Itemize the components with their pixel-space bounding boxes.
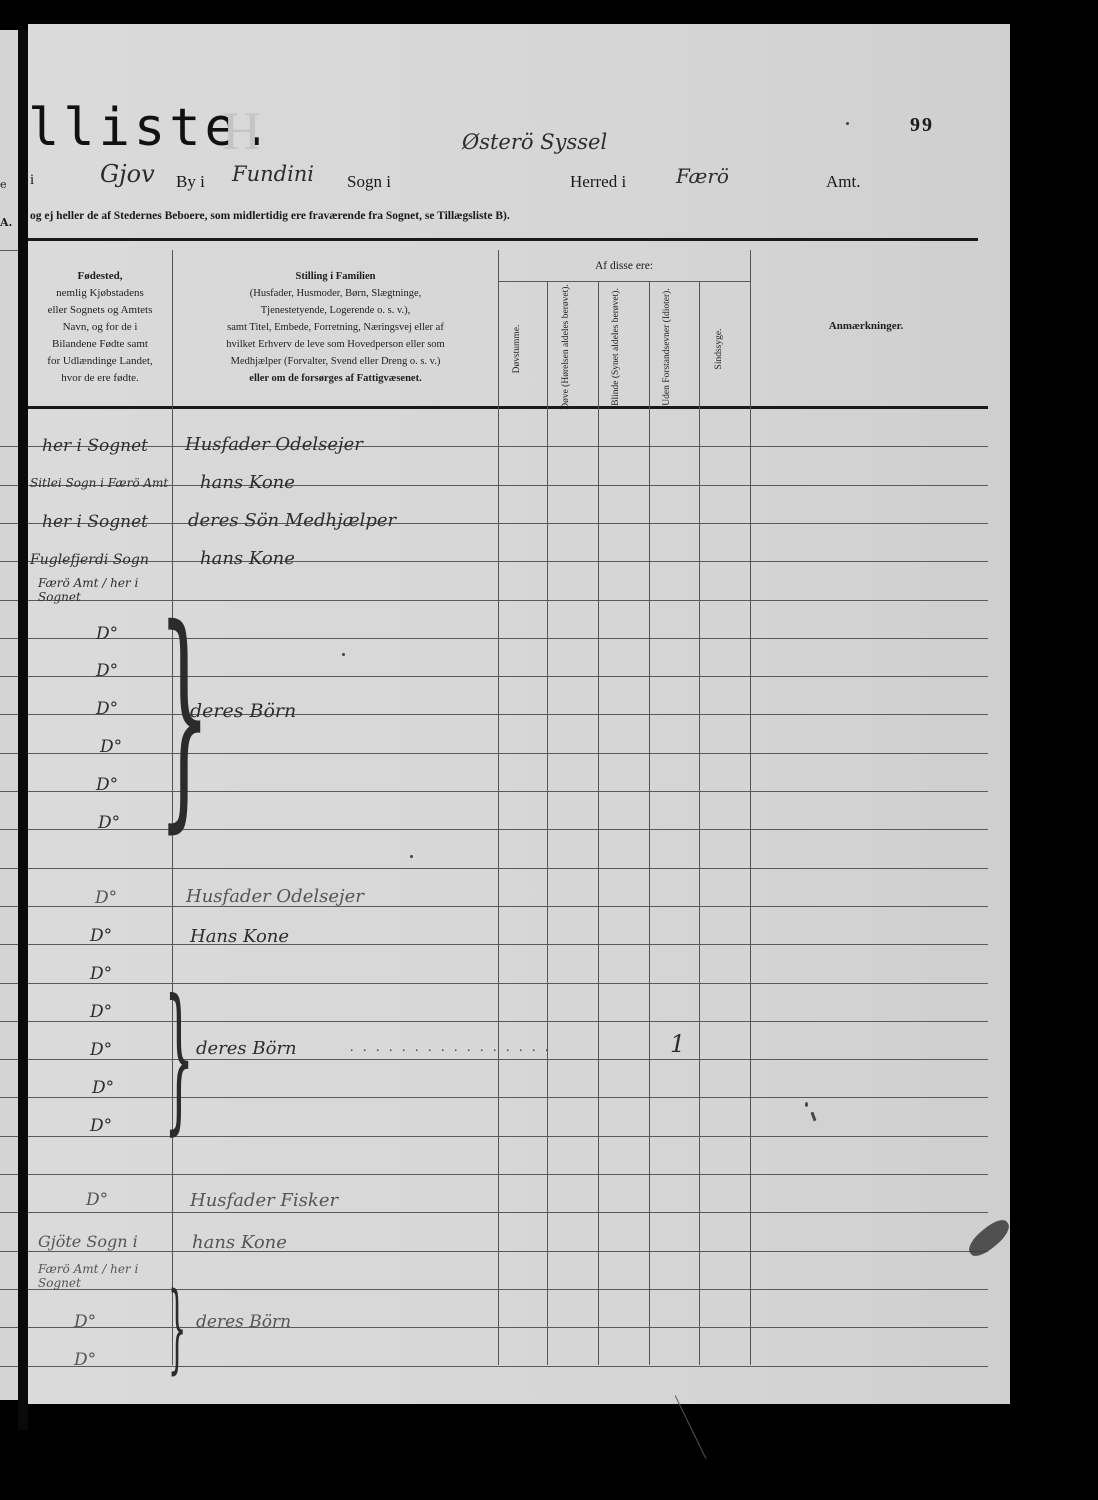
prev-page-line <box>0 250 18 251</box>
birthplace-header: Fødested, nemlig Kjøbstadens eller Sogne… <box>28 268 172 387</box>
column-divider <box>547 281 548 1365</box>
position-cell: Husfader Odelsejer <box>185 434 363 455</box>
column-divider <box>649 281 650 1365</box>
ditto-mark: D° <box>86 1190 108 1210</box>
column-divider <box>498 250 499 1365</box>
header-line: samt Titel, Embede, Forretning, Næringsv… <box>173 319 498 336</box>
col-header-deafmute: Døvstumme. <box>512 294 534 404</box>
ditto-mark: D° <box>90 1040 112 1060</box>
birthplace-cell: Færö Amt / her i Sognet <box>38 1262 168 1290</box>
prev-page-row-rule <box>0 1212 18 1213</box>
ditto-mark: D° <box>90 926 112 946</box>
af-disse-ere-header: Af disse ere: <box>498 258 750 275</box>
header-line: nemlig Kjøbstadens <box>28 285 172 302</box>
birthplace-cell: her i Sognet <box>42 512 148 532</box>
parish-name: Fundini <box>232 162 314 186</box>
prev-page-row-rule <box>0 1021 18 1022</box>
row-rule <box>28 1212 988 1213</box>
prev-page-row-rule <box>0 1251 18 1252</box>
ink-dot <box>410 855 413 858</box>
prev-page-row-rule <box>0 906 18 907</box>
prev-page-fragment: e <box>0 178 7 191</box>
ditto-mark: D° <box>74 1312 96 1332</box>
column-divider <box>598 281 599 1365</box>
ditto-mark: D° <box>92 1078 114 1098</box>
table-top-border <box>28 238 978 241</box>
header-line: eller Sognets og Amtets <box>28 302 172 319</box>
row-rule <box>28 868 988 869</box>
prev-page-row-rule <box>0 676 18 677</box>
row-rule <box>28 906 988 907</box>
row-rule <box>28 446 988 447</box>
ditto-mark: D° <box>96 661 118 681</box>
prev-page-row-rule <box>0 1289 18 1290</box>
prev-page-fragment: A. <box>0 216 12 229</box>
location-i: i <box>30 172 34 189</box>
ditto-mark: D° <box>90 1002 112 1022</box>
prev-page-row-rule <box>0 1366 18 1367</box>
remarks-header: Anmærkninger. <box>751 318 981 335</box>
grouping-brace: } <box>168 1278 186 1378</box>
ditto-mark: D° <box>96 775 118 795</box>
header-line: Tjenestetyende, Logerende o. s. v.), <box>173 302 498 319</box>
ditto-mark: D° <box>98 813 120 833</box>
ditto-mark: D° <box>90 1116 112 1136</box>
binding-gutter <box>18 30 28 1430</box>
position-header: Stilling i Familien (Husfader, Husmoder,… <box>173 268 498 387</box>
scan-border <box>1010 24 1098 1500</box>
bleed-through-letter: H <box>222 100 261 162</box>
header-line: hvilket Erhverv de leve som Hovedperson … <box>173 336 498 353</box>
col-header-insane: Sindssyge. <box>714 294 736 404</box>
birthplace-cell: her i Sognet <box>42 436 148 456</box>
prev-page-row-rule <box>0 829 18 830</box>
prev-page-row-rule <box>0 983 18 984</box>
grouping-brace: } <box>158 596 211 836</box>
town-name: Gjov <box>100 160 155 188</box>
row-rule <box>28 944 988 945</box>
ditto-mark: D° <box>100 737 122 757</box>
column-divider <box>699 281 700 1365</box>
prev-page-row-rule <box>0 1097 18 1098</box>
header-line: Navn, og for de i <box>28 319 172 336</box>
ditto-mark: D° <box>95 888 117 908</box>
birthplace-cell: Færö Amt / her i Sognet <box>38 576 158 604</box>
row-rule <box>28 523 988 524</box>
sysel-name: Østerö Syssel <box>462 130 607 154</box>
header-line: hvor de ere fødte. <box>28 370 172 387</box>
subtitle: og ej heller de af Stedernes Beboere, so… <box>30 210 510 222</box>
col-header-idiot: Uden Forstandsevner (Idioter). <box>662 283 688 411</box>
prev-page-row-rule <box>0 791 18 792</box>
header-line: eller om de forsørges af Fattigvæsenet. <box>173 370 498 387</box>
header-line: Medhjælper (Forvalter, Svend eller Dreng… <box>173 353 498 370</box>
prev-page-row-rule <box>0 944 18 945</box>
position-cell: Husfader Fisker <box>190 1190 338 1211</box>
header-line: Bilandene Fødte samt <box>28 336 172 353</box>
row-rule <box>28 1251 988 1252</box>
grouping-brace: } <box>164 978 194 1138</box>
ditto-mark: D° <box>96 699 118 719</box>
position-cell: deres Börn <box>196 1038 297 1059</box>
subheader-divider <box>498 281 750 282</box>
prev-page-row-rule <box>0 1059 18 1060</box>
birthplace-cell: Sitlei Sogn i Færö Amt <box>30 476 168 490</box>
prev-page-row-rule <box>0 561 18 562</box>
prev-page-row-rule <box>0 638 18 639</box>
row-rule <box>28 561 988 562</box>
prev-page-row-rule <box>0 523 18 524</box>
page-number: 99 <box>910 114 934 137</box>
prev-page-row-rule <box>0 1174 18 1175</box>
row-rule <box>28 1174 988 1175</box>
birthplace-header-title: Fødested, <box>28 268 172 285</box>
ink-dot <box>342 653 345 656</box>
by-label: By i <box>176 172 205 192</box>
position-cell: deres Börn <box>196 1312 291 1332</box>
amt-label: Amt. <box>826 172 860 192</box>
prev-page-row-rule <box>0 753 18 754</box>
birthplace-cell: Fuglefjerdi Sogn <box>30 552 149 568</box>
row-rule <box>28 485 988 486</box>
position-header-title: Stilling i Familien <box>173 268 498 285</box>
column-divider <box>750 250 751 1365</box>
prev-page-row-rule <box>0 1327 18 1328</box>
position-cell: Husfader Odelsejer <box>186 886 364 907</box>
previous-page-edge: e A. <box>0 30 18 1400</box>
idiot-count: 1 <box>670 1030 685 1058</box>
ink-dot <box>846 122 849 125</box>
col-header-deaf: Døve (Hørelsen aldeles berøvet). <box>561 283 587 411</box>
prev-page-row-rule <box>0 446 18 447</box>
herred-label: Herred i <box>570 172 626 192</box>
col-header-blind: Blinde (Synet aldeles berøvet). <box>611 283 637 411</box>
header-line: (Husfader, Husmoder, Børn, Slægtninge, <box>173 285 498 302</box>
position-cell: hans Kone <box>200 548 295 569</box>
leader-dots: . . . . . . . . . . . . . . . . <box>350 1040 552 1056</box>
ink-dot <box>805 1102 808 1107</box>
prev-page-row-rule <box>0 485 18 486</box>
ditto-mark: D° <box>90 964 112 984</box>
birthplace-cell: Gjöte Sogn i <box>38 1232 138 1251</box>
prev-page-row-rule <box>0 600 18 601</box>
prev-page-row-rule <box>0 1136 18 1137</box>
position-cell: hans Kone <box>200 472 295 493</box>
amt-name: Færö <box>676 164 729 188</box>
prev-page-row-rule <box>0 714 18 715</box>
ditto-mark: D° <box>96 624 118 644</box>
position-cell: deres Sön Medhjælper <box>188 510 396 531</box>
sogn-label: Sogn i <box>347 172 391 192</box>
position-cell: hans Kone <box>192 1232 287 1253</box>
position-cell: Hans Kone <box>190 926 289 947</box>
ditto-mark: D° <box>74 1350 96 1370</box>
header-line: for Udlændinge Landet, <box>28 353 172 370</box>
stray-pen-stroke <box>675 1395 707 1458</box>
prev-page-row-rule <box>0 868 18 869</box>
